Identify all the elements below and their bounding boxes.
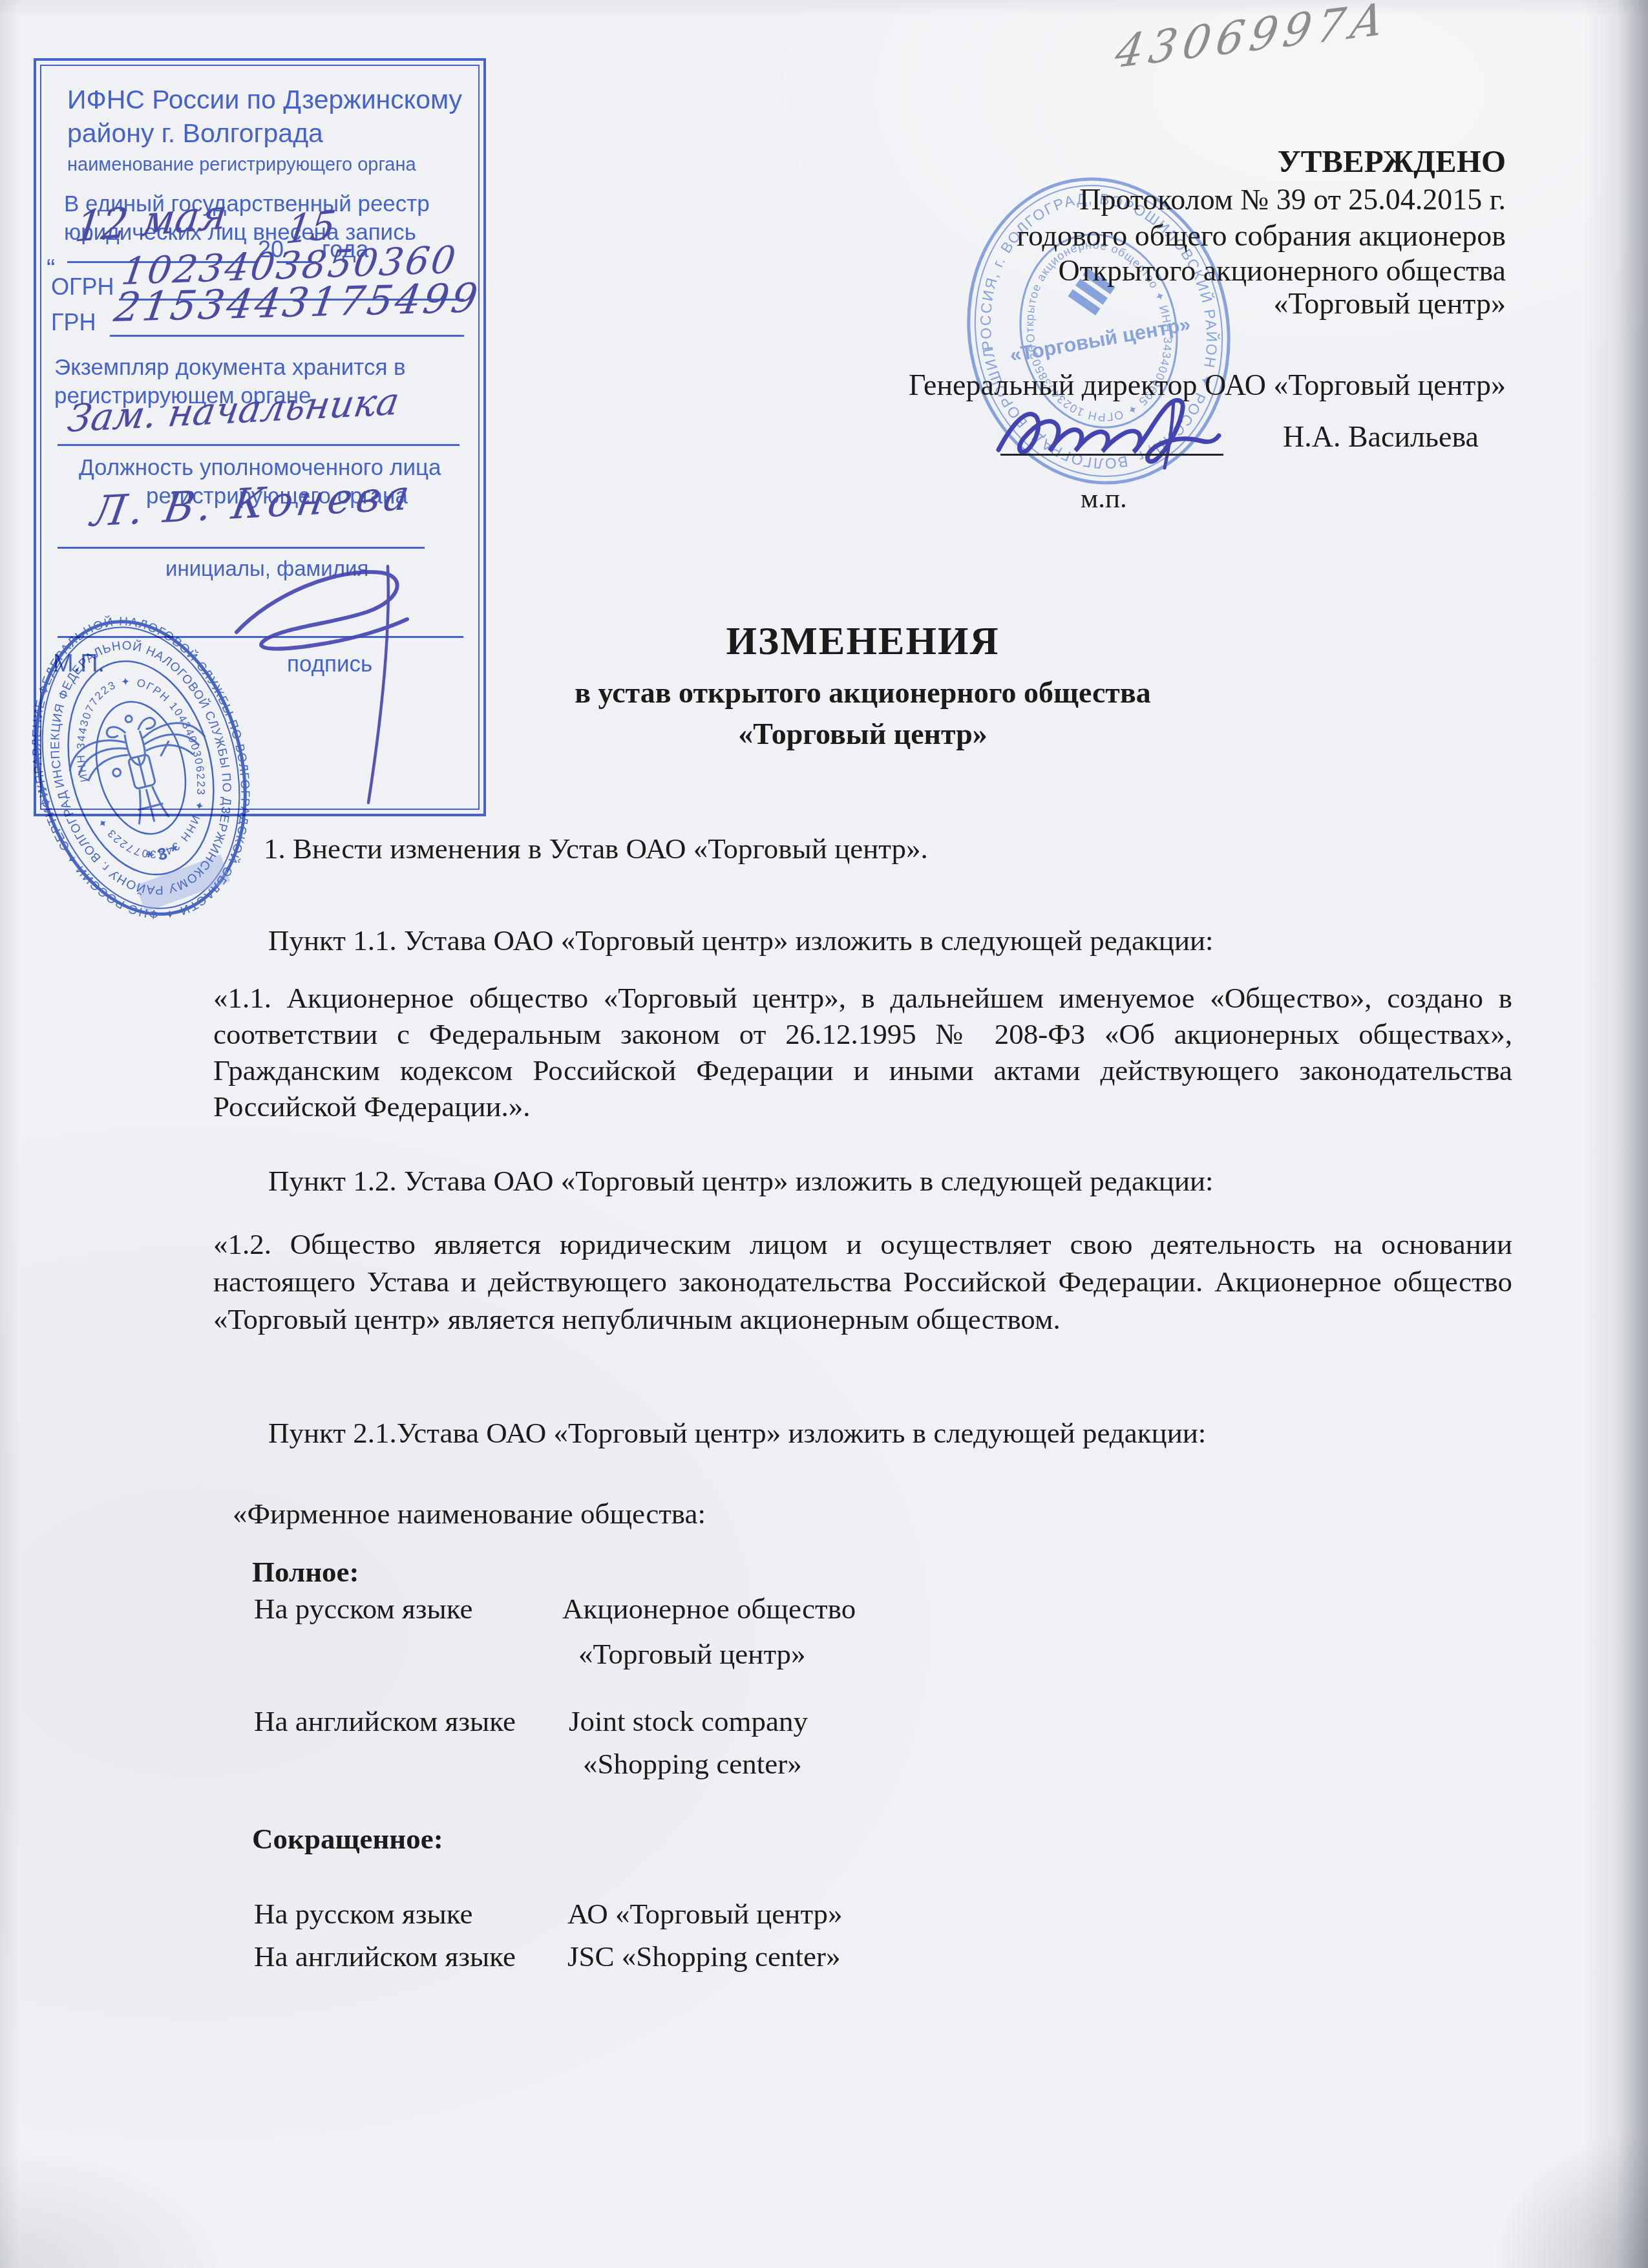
title-line-3: «Торговый центр» <box>213 717 1512 751</box>
body-item-1: 1. Внести изменения в Устав ОАО «Торговы… <box>264 831 928 867</box>
name-underline <box>58 547 425 549</box>
pencil-doc-number: 4306997А <box>1112 0 1393 79</box>
p21-heading: Пункт 2.1.Устава ОАО «Торговый центр» из… <box>268 1415 1206 1451</box>
director-signature-line <box>1000 454 1223 456</box>
p12-heading: Пункт 1.2. Устава ОАО «Торговый центр» и… <box>268 1163 1214 1199</box>
full-rus-value-2: «Торговый центр» <box>578 1637 806 1672</box>
position-underline <box>58 444 460 446</box>
short-rus-label: На русском языке <box>254 1896 472 1932</box>
full-eng-value-1: Joint stock company <box>569 1704 808 1739</box>
full-rus-label: На русском языке <box>254 1591 472 1627</box>
approval-line-1: Протоколом № 39 от 25.04.2015 г. <box>1079 182 1506 217</box>
tax-seal-center-mark: * 3 * <box>145 840 181 867</box>
director-signature <box>982 387 1254 477</box>
title-block: ИЗМЕНЕНИЯ в устав открытого акционерного… <box>213 619 1512 751</box>
stamp-place-note: м.п. <box>1081 481 1127 516</box>
approval-line-2: годового общего собрания акционеров <box>1017 218 1506 253</box>
handwritten-name: Л. В. Конева <box>88 471 416 536</box>
p12-paragraph: «1.2. Общество является юридическим лицо… <box>213 1225 1512 1338</box>
firm-name-heading: «Фирменное наименование общества: <box>233 1496 706 1532</box>
stamp-org-caption: наименование регистрирующего органа <box>67 154 416 175</box>
approval-line-3: Открытого акционерного общества <box>1058 253 1506 288</box>
p11-paragraph: «1.1. Акционерное общество «Торговый цен… <box>213 980 1512 1125</box>
short-name-label: Сокращенное: <box>252 1821 443 1857</box>
title-line-2: в устав открытого акционерного общества <box>213 675 1512 710</box>
approval-line-4: «Торговый центр» <box>1274 286 1506 321</box>
director-name: Н.А. Васильева <box>1283 419 1479 454</box>
stamp-org-line2: району г. Волгограда <box>67 119 323 149</box>
handwritten-grn: 2153443175499 <box>111 274 483 331</box>
stamp-copy-line1: Экземпляр документа хранится в <box>54 355 406 380</box>
full-name-label: Полное: <box>252 1554 359 1590</box>
stamp-org-line1: ИФНС России по Дзержинскому <box>67 85 462 115</box>
title-line-1: ИЗМЕНЕНИЯ <box>213 619 1512 664</box>
full-eng-value-2: «Shopping center» <box>583 1746 802 1782</box>
short-eng-label: На английском языке <box>254 1939 516 1975</box>
grn-label: ГРН <box>51 310 96 335</box>
p11-heading: Пункт 1.1. Устава ОАО «Торговый центр» и… <box>268 923 1214 959</box>
full-rus-value-1: Акционерное общество <box>562 1591 856 1627</box>
short-rus-value: АО «Торговый центр» <box>567 1896 843 1932</box>
scanned-document-page: 4306997А ИФНС России по Дзержинскому рай… <box>0 0 1648 2268</box>
full-eng-label: На английском языке <box>254 1704 516 1739</box>
grn-underline <box>110 335 464 337</box>
approval-heading: УТВЕРЖДЕНО <box>1278 143 1506 179</box>
short-eng-value: JSC «Shopping center» <box>567 1939 841 1975</box>
ogrn-label: ОГРН <box>51 274 114 300</box>
